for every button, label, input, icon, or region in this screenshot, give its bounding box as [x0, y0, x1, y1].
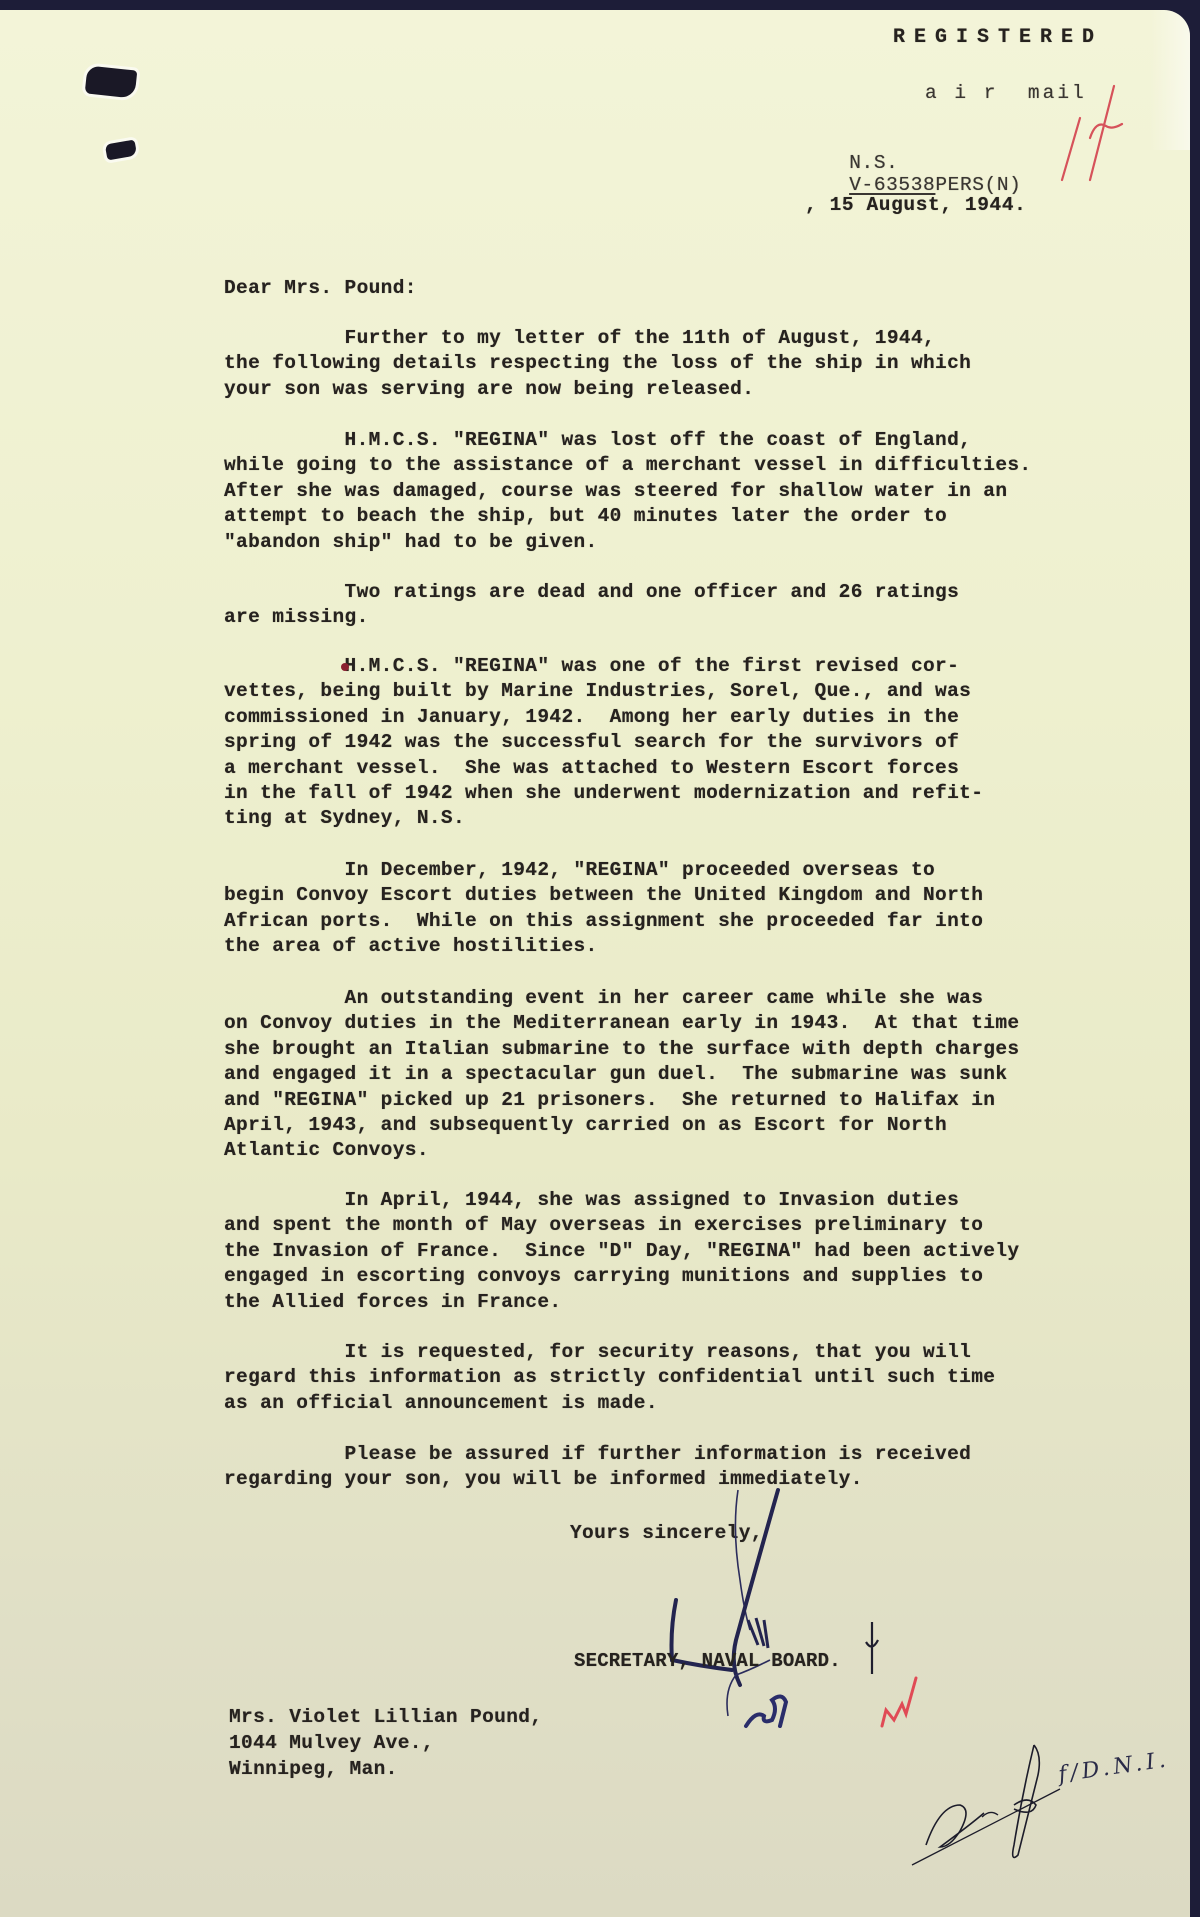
air-mail-label: a i r mail [925, 82, 1087, 104]
paragraph-line: It is requested, for security reasons, t… [224, 1340, 1124, 1365]
paragraph-line: while going to the assistance of a merch… [224, 453, 1124, 478]
paragraph-line: commissioned in January, 1942. Among her… [224, 705, 1124, 730]
paragraph-line: vettes, being built by Marine Industries… [224, 679, 1124, 704]
paragraph-line: engaged in escorting convoys carrying mu… [224, 1264, 1124, 1289]
paragraph-4: H.M.C.S. "REGINA" was one of the first r… [224, 654, 1124, 832]
punch-hole-top [85, 65, 138, 98]
salutation: Dear Mrs. Pound: [224, 276, 417, 301]
paragraph-3: Two ratings are dead and one officer and… [224, 580, 1124, 631]
paragraph-line: the following details respecting the los… [224, 351, 1124, 376]
paragraph-line: your son was serving are now being relea… [224, 377, 1124, 402]
paragraph-line: a merchant vessel. She was attached to W… [224, 756, 1124, 781]
paragraph-7: In April, 1944, she was assigned to Inva… [224, 1188, 1124, 1315]
signatory-title: SECRETARY, NAVAL BOARD. [574, 1650, 841, 1672]
paragraph-line: H.M.C.S. "REGINA" was lost off the coast… [224, 428, 1124, 453]
handwritten-note: f/D.N.I. [1057, 1747, 1171, 1787]
paragraph-line: Further to my letter of the 11th of Augu… [224, 326, 1124, 351]
blue-initials [742, 1680, 792, 1730]
pen-tick-mark [862, 1618, 882, 1678]
paragraph-line: and "REGINA" picked up 21 prisoners. She… [224, 1088, 1124, 1113]
paragraph-line: H.M.C.S. "REGINA" was one of the first r… [224, 654, 1124, 679]
paragraph-line: Atlantic Convoys. [224, 1138, 1124, 1163]
paragraph-line: African ports. While on this assignment … [224, 909, 1124, 934]
red-initial-annotation [878, 1670, 928, 1730]
recipient-name: Mrs. Violet Lillian Pound, [229, 1704, 542, 1730]
paragraph-line: ting at Sydney, N.S. [224, 806, 1124, 831]
paragraph-8: It is requested, for security reasons, t… [224, 1340, 1124, 1416]
paragraph-line: April, 1943, and subsequently carried on… [224, 1113, 1124, 1138]
letter-page: REGISTERED a i r mail N.S. V-63538PERS(N… [0, 10, 1190, 1917]
paragraph-line: Please be assured if further information… [224, 1442, 1124, 1467]
recipient-city: Winnipeg, Man. [229, 1756, 542, 1782]
letter-date: , 15 August, 1944. [805, 194, 1026, 216]
paragraph-line: and engaged it in a spectacular gun duel… [224, 1062, 1124, 1087]
paragraph-line: attempt to beach the ship, but 40 minute… [224, 504, 1124, 529]
paragraph-6: An outstanding event in her career came … [224, 986, 1124, 1164]
paragraph-line: In December, 1942, "REGINA" proceeded ov… [224, 858, 1124, 883]
paragraph-5: In December, 1942, "REGINA" proceeded ov… [224, 858, 1124, 960]
closing: Yours sincerely, [570, 1521, 763, 1546]
paragraph-line: the Invasion of France. Since "D" Day, "… [224, 1239, 1124, 1264]
paragraph-line: the Allied forces in France. [224, 1290, 1124, 1315]
paragraph-line: begin Convoy Escort duties between the U… [224, 883, 1124, 908]
recipient-street: 1044 Mulvey Ave., [229, 1730, 542, 1756]
paragraph-line: on Convoy duties in the Mediterranean ea… [224, 1011, 1124, 1036]
paragraph-line: spring of 1942 was the successful search… [224, 730, 1124, 755]
paragraph-line: in the fall of 1942 when she underwent m… [224, 781, 1124, 806]
paragraph-line: An outstanding event in her career came … [224, 986, 1124, 1011]
paragraph-line: she brought an Italian submarine to the … [224, 1037, 1124, 1062]
paragraph-line: regarding your son, you will be informed… [224, 1467, 1124, 1492]
paragraph-line: are missing. [224, 605, 1124, 630]
punch-hole-bottom [105, 140, 137, 161]
recipient-address: Mrs. Violet Lillian Pound, 1044 Mulvey A… [229, 1704, 542, 1782]
paragraph-1: Further to my letter of the 11th of Augu… [224, 326, 1124, 402]
reference-prefix: N.S. [849, 152, 898, 174]
handwritten-initial-signature [910, 1735, 1090, 1875]
paragraph-line: as an official announcement is made. [224, 1391, 1124, 1416]
reference-suffix: PERS(N) [935, 174, 1021, 196]
paragraph-line: regard this information as strictly conf… [224, 1365, 1124, 1390]
paragraph-2: H.M.C.S. "REGINA" was lost off the coast… [224, 428, 1124, 555]
paragraph-line: the area of active hostilities. [224, 934, 1124, 959]
reference-number: V-63538 [849, 174, 935, 196]
paragraph-line: After she was damaged, course was steere… [224, 479, 1124, 504]
registered-label: REGISTERED [893, 26, 1103, 49]
signature [640, 1470, 900, 1730]
paragraph-line: "abandon ship" had to be given. [224, 530, 1124, 555]
paragraph-line: In April, 1944, she was assigned to Inva… [224, 1188, 1124, 1213]
paragraph-line: Two ratings are dead and one officer and… [224, 580, 1124, 605]
paragraph-line: and spent the month of May overseas in e… [224, 1213, 1124, 1238]
paragraph-9: Please be assured if further information… [224, 1442, 1124, 1493]
